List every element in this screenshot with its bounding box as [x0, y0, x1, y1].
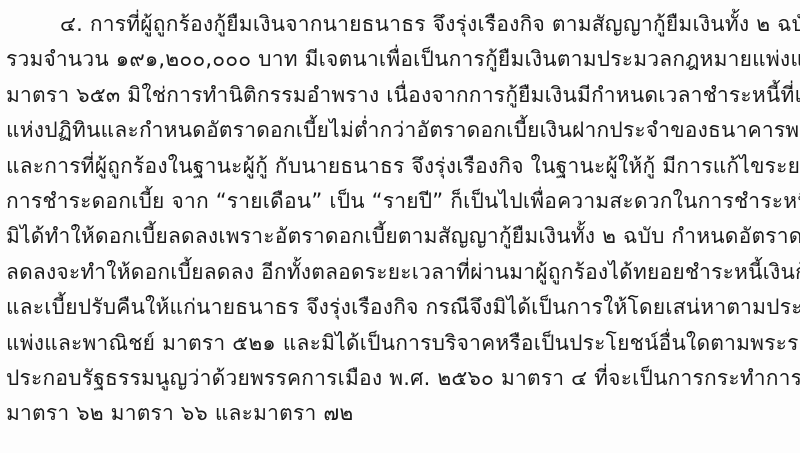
- text-line: มาตรา ๖๒ มาตรา ๖๖ และมาตรา ๗๒: [6, 396, 792, 431]
- text-line: แห่งปฏิทินและกำหนดอัตราดอกเบี้ยไม่ต่ำกว่…: [6, 113, 792, 148]
- text-line: มิได้ทำให้ดอกเบี้ยลดลงเพราะอัตราดอกเบี้ย…: [6, 219, 792, 254]
- text-line: ลดลงจะทำให้ดอกเบี้ยลดลง อีกทั้งตลอดระยะเ…: [6, 255, 792, 290]
- text-line: มาตรา ๖๕๓ มิใช่การทำนิติกรรมอำพราง เนื่อ…: [6, 78, 792, 113]
- text-line: แพ่งและพาณิชย์ มาตรา ๕๒๑ และมิได้เป็นการ…: [6, 326, 792, 361]
- text-line: รวมจำนวน ๑๙๑,๒๐๐,๐๐๐ บาท มีเจตนาเพื่อเป็…: [6, 42, 792, 77]
- text-line: และเบี้ยปรับคืนให้แก่นายธนาธร จึงรุ่งเรื…: [6, 290, 792, 325]
- text-line: ประกอบรัฐธรรมนูญว่าด้วยพรรคการเมือง พ.ศ.…: [6, 361, 792, 396]
- legal-text-paragraph: ๔. การที่ผู้ถูกร้องกู้ยืมเงินจากนายธนาธร…: [6, 7, 792, 432]
- text-line: และการที่ผู้ถูกร้องในฐานะผู้กู้ กับนายธน…: [6, 149, 792, 184]
- text-line: การชำระดอกเบี้ย จาก “รายเดือน” เป็น “ราย…: [6, 184, 792, 219]
- text-line: ๔. การที่ผู้ถูกร้องกู้ยืมเงินจากนายธนาธร…: [6, 7, 792, 42]
- document-page: ๔. การที่ผู้ถูกร้องกู้ยืมเงินจากนายธนาธร…: [0, 0, 800, 453]
